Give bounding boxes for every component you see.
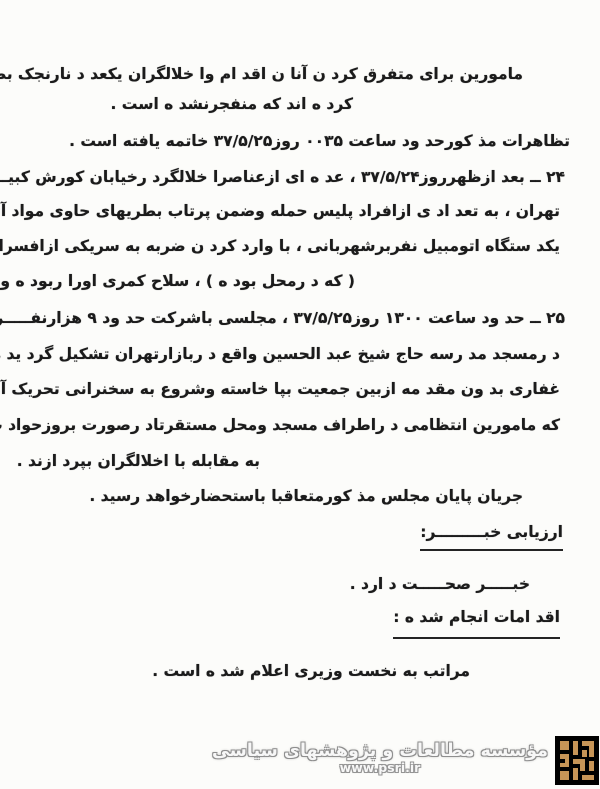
watermark: مؤسسه مطالعات و پژوهشهای سیاسی www.psri.… <box>212 741 548 775</box>
paragraph-24-line: تهران ، به تعد اد ی ازافراد پلیس حمله وض… <box>0 201 560 222</box>
paragraph-25-line: به مقابله با اخلالگران بپرد ازند . <box>17 451 260 472</box>
text-line: تظاهرات مذ کورحد ود ساعت ۰۰۳۵ روز۳۷/۵/۲۵… <box>69 131 570 152</box>
watermark-website-text: www.psri.ir <box>340 761 421 775</box>
text-line: کرد ه اند که منفجرنشد ه است . <box>111 94 353 115</box>
section-heading-evaluation: ارزیابی خبـــــــــر: <box>420 522 563 551</box>
paragraph-24-line: یکد ستگاه اتومبیل نفربرشهربانی ، با وارد… <box>0 236 560 257</box>
paragraph-25-line: که مامورین انتظامی د راطراف مسجد ومحل مس… <box>0 415 560 436</box>
paragraph-25-line: غفاری بد ون مقد مه ازبین جمعیت بپا خاسته… <box>0 379 560 400</box>
document-page: مامورین برای متفرق کرد ن آنا ن اقد ام وا… <box>0 0 600 789</box>
section-heading-actions: اقد امات انجام شد ه : <box>393 607 560 639</box>
paragraph-24-line: ( که د رمحل بود ه ) ، سلاح کمری اورا ربو… <box>0 271 355 292</box>
actions-taken-text: مراتب به نخست وزیری اعلام شد ه است . <box>152 661 470 682</box>
text-line: جریان پایان مجلس مذ کورمتعاقبا باستحضارخ… <box>89 486 523 507</box>
psri-square-kufic-logo-icon <box>555 736 599 785</box>
watermark-organization-text: مؤسسه مطالعات و پژوهشهای سیاسی <box>212 741 548 761</box>
text-line: مامورین برای متفرق کرد ن آنا ن اقد ام وا… <box>0 64 523 85</box>
paragraph-25-line: د رمسجد مد رسه حاج شیخ عبد الحسین واقع د… <box>0 344 560 365</box>
paragraph-25-line: ۲۵ ــ حد ود ساعت ۱۳۰۰ روز۳۷/۵/۲۵ ، مجلسی… <box>0 308 565 329</box>
paragraph-24-line: ۲۴ ــ بعد ازظهرروز۳۷/۵/۲۴ ، عد ه ای ازعن… <box>0 167 565 188</box>
evaluation-result-text: خبـــــر صحـــــت د ارد . <box>350 574 530 595</box>
